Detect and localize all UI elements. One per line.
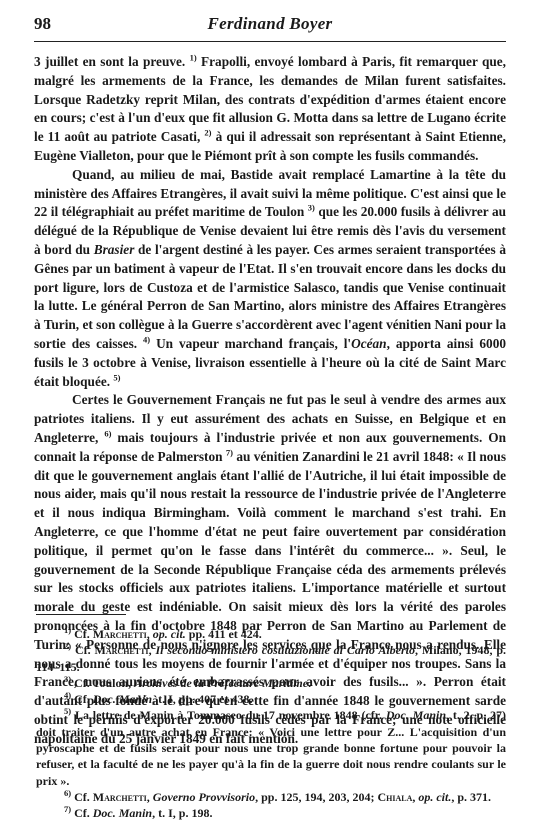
text: . xyxy=(308,676,311,690)
author-name: Chiala xyxy=(377,790,412,804)
citation-title: Doc. Manin xyxy=(93,692,152,706)
author-name: Marchetti xyxy=(93,790,147,804)
document-page: 98 Ferdinand Boyer 3 juillet en sont la … xyxy=(0,0,550,825)
text: La lettre de Manin à Tommaseo du 17 nove… xyxy=(75,708,386,722)
paragraph-2: Quand, au milieu de mai, Bastide avait r… xyxy=(34,166,506,392)
author-name: Marchetti xyxy=(95,643,149,657)
footnotes: 1) Cf. Marchetti, op. cit. pp. 411 et 42… xyxy=(36,626,506,822)
citation-title: op. cit. xyxy=(418,790,451,804)
running-head-author: Ferdinand Boyer xyxy=(34,14,506,34)
footnote-mark: 1) xyxy=(64,625,71,635)
footnote-6: 6) Cf. Marchetti, Governo Provvisorio, p… xyxy=(36,789,506,805)
text: 3 juillet en sont la preuve. xyxy=(34,54,190,69)
text: , pp. 125, 194, 203, 204; xyxy=(255,790,377,804)
footnote-2: 2) Cf. Marchetti, Il secondo ministero c… xyxy=(36,642,506,675)
header-rule xyxy=(34,41,506,42)
citation-title: Doc. Manin xyxy=(386,708,446,722)
footnote-ref-5[interactable]: 5) xyxy=(113,372,120,382)
text: , t. I, pp. 407 et 438. xyxy=(152,692,252,706)
footnote-5: 5) La lettre de Manin à Tommaseo du 17 n… xyxy=(36,707,506,788)
text: Cf. xyxy=(74,692,93,706)
footnote-3: 3) Cf. Toulon, Archives de la Préfecture… xyxy=(36,675,506,691)
citation-title: Governo Provvisorio xyxy=(153,790,255,804)
ship-name-brasier: Brasier xyxy=(94,242,135,257)
text: de l'argent destiné à les payer. Ces arm… xyxy=(34,242,506,351)
footnote-mark: 7) xyxy=(64,804,71,814)
footnote-ref-7[interactable]: 7) xyxy=(226,447,233,457)
text: Cf. Toulon, xyxy=(74,676,134,690)
citation-title: Il secondo ministero costituzionale di C… xyxy=(155,643,415,657)
citation-title: op. cit. xyxy=(153,627,186,641)
page-header: 98 Ferdinand Boyer xyxy=(34,12,506,42)
footnote-mark: 4) xyxy=(64,690,71,700)
footnote-7: 7) Cf. Doc. Manin, t. I, p. 198. xyxy=(36,805,506,821)
footnote-separator xyxy=(36,614,126,615)
footnote-mark: 6) xyxy=(64,788,71,798)
citation-title: Doc. Manin xyxy=(93,806,152,820)
text: Cf. xyxy=(74,806,93,820)
text: Cf. xyxy=(75,643,95,657)
footnote-ref-3[interactable]: 3) xyxy=(308,203,315,213)
footnote-mark: 3) xyxy=(64,674,71,684)
text: Un vapeur marchand français, l' xyxy=(150,336,351,351)
text: Cf. xyxy=(74,790,93,804)
text: Cf. xyxy=(74,627,93,641)
paragraph-1: 3 juillet en sont la preuve. 1) Frapolli… xyxy=(34,53,506,166)
footnote-4: 4) Cf. Doc. Manin, t. I, pp. 407 et 438. xyxy=(36,691,506,707)
ship-name-ocean: Océan xyxy=(351,336,386,351)
footnote-mark: 2) xyxy=(64,641,71,651)
author-name: Marchetti xyxy=(93,627,147,641)
footnote-ref-1[interactable]: 1) xyxy=(190,53,197,63)
footnote-1: 1) Cf. Marchetti, op. cit. pp. 411 et 42… xyxy=(36,626,506,642)
citation-title: Archives de la Préfecture Maritime xyxy=(134,676,308,690)
text: pp. 411 et 424. xyxy=(186,627,262,641)
text: , t. I, p. 198. xyxy=(152,806,212,820)
footnote-mark: 5) xyxy=(64,706,71,716)
footnote-ref-2[interactable]: 2) xyxy=(204,128,211,138)
text: , p. 371. xyxy=(451,790,491,804)
